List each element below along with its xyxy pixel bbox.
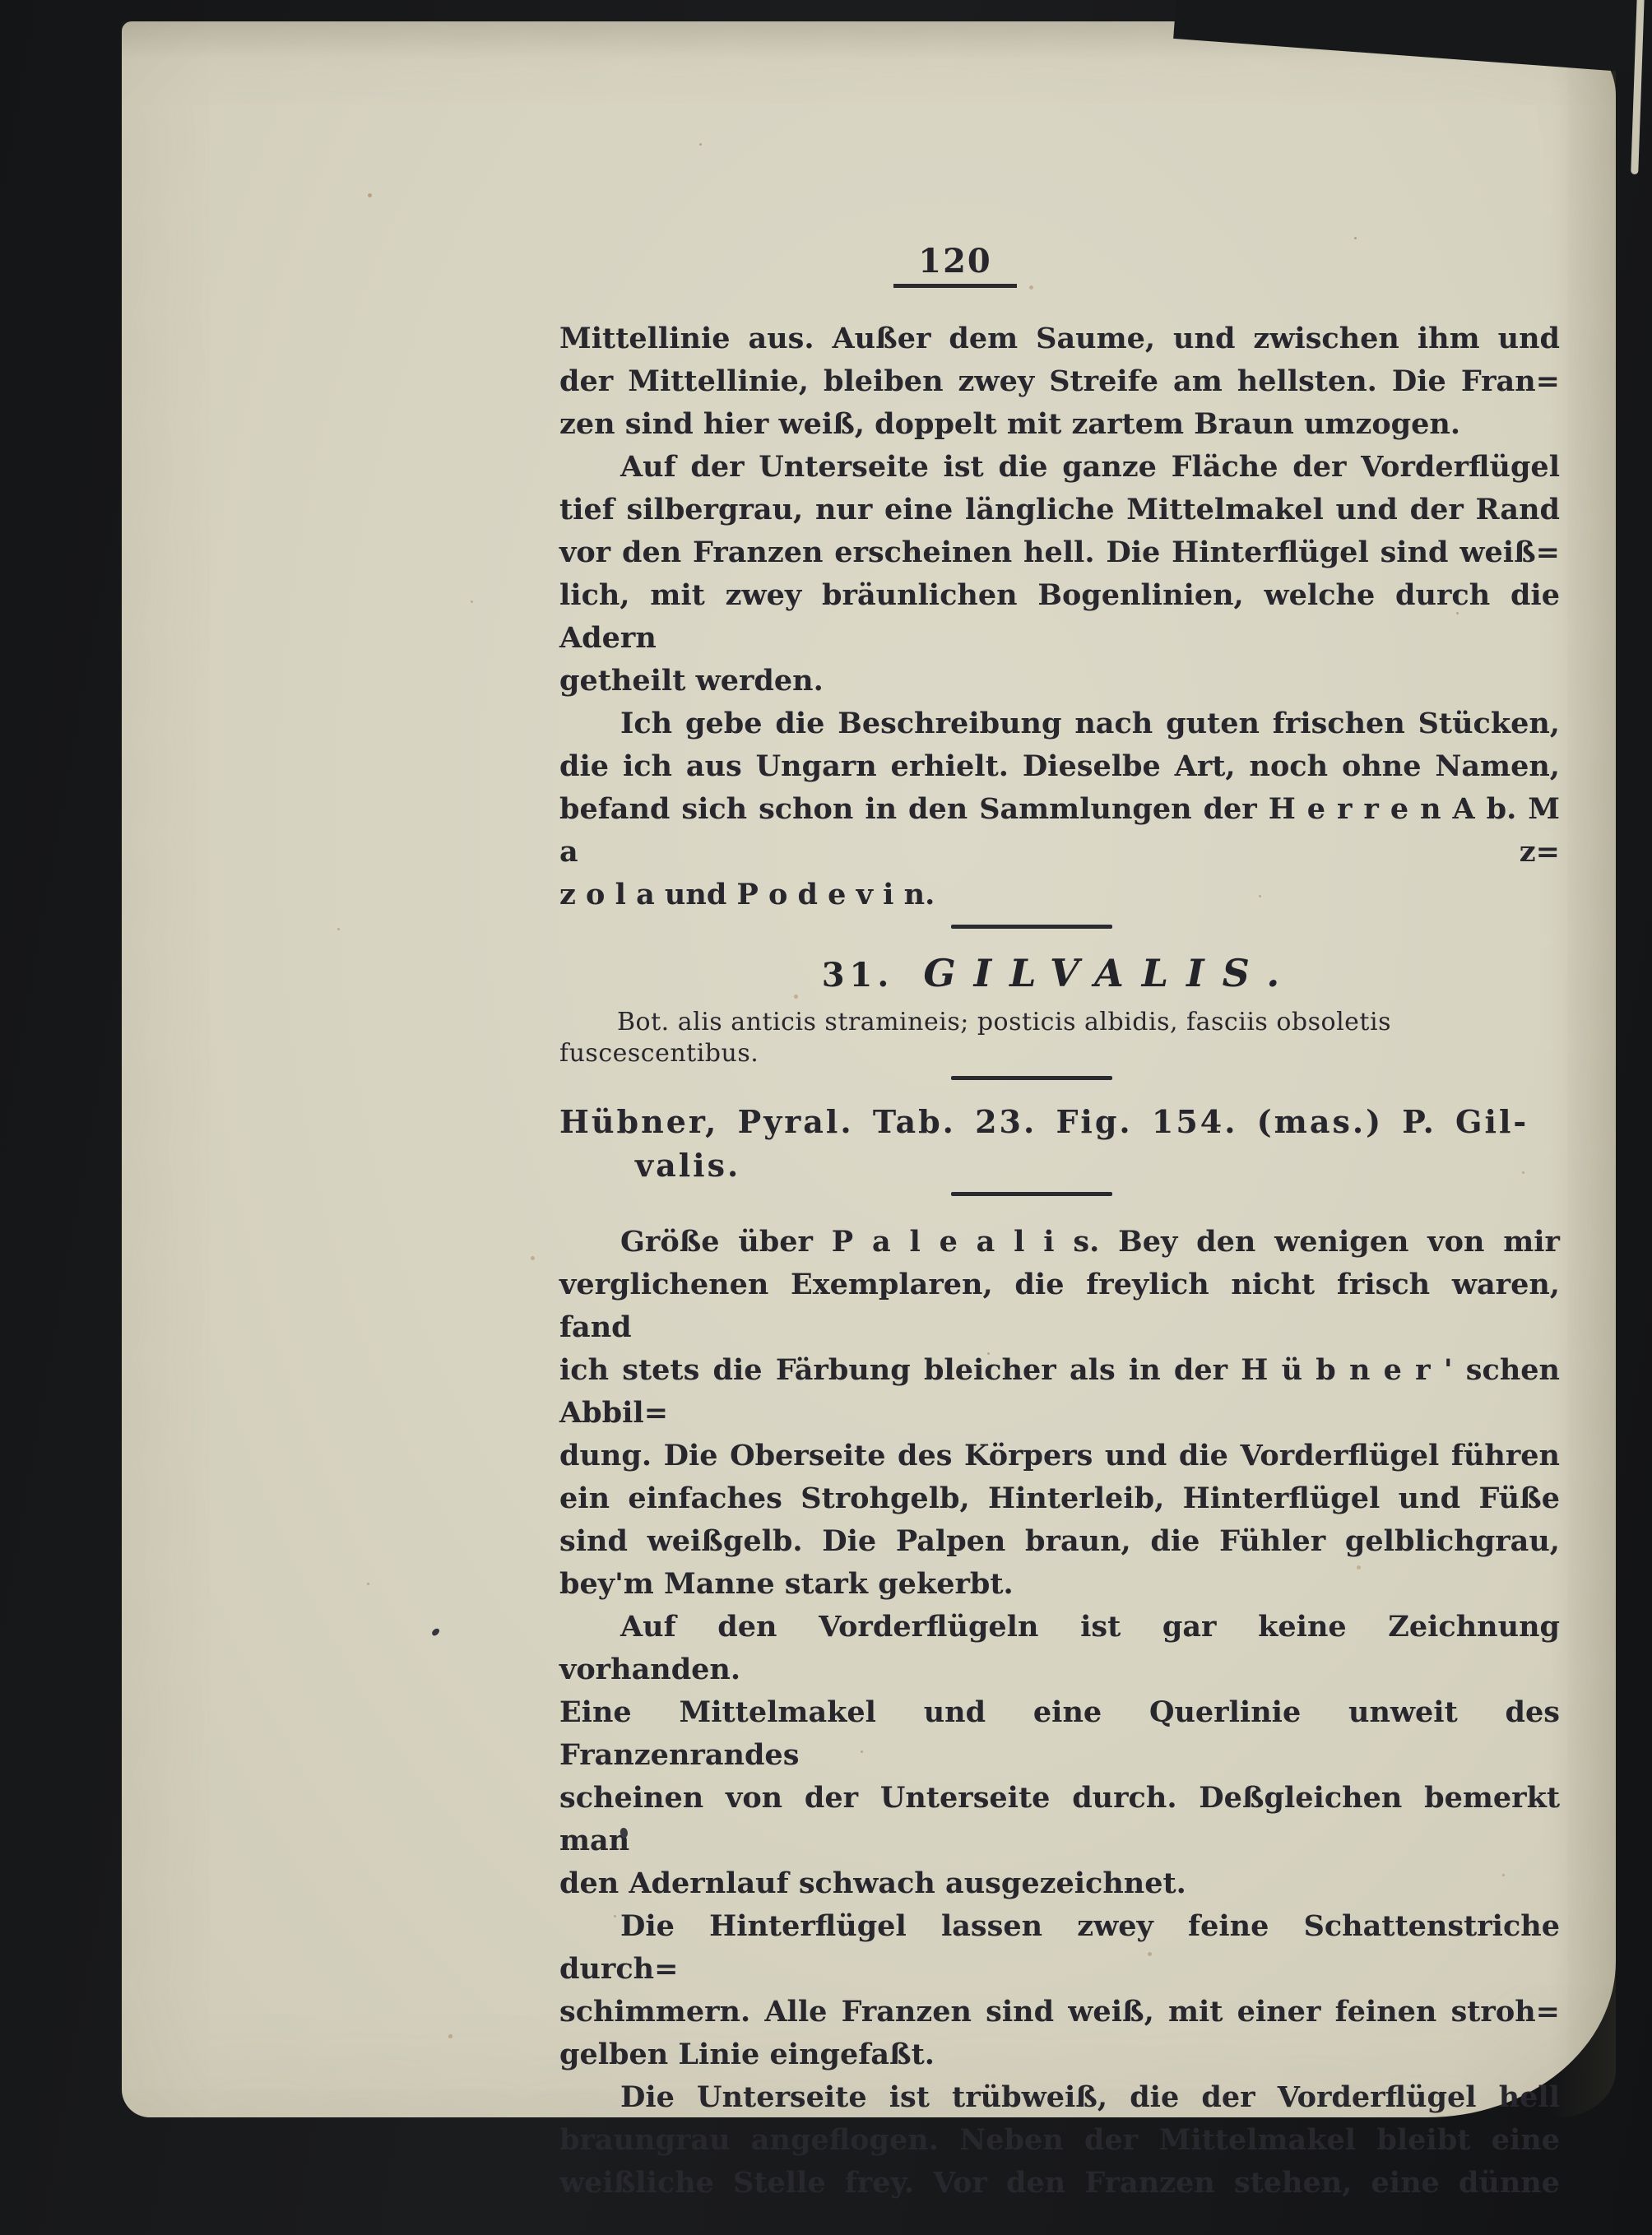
text-line: getheilt werden. <box>559 660 1560 702</box>
text-line: braungrau angeflogen. Neben der Mittelma… <box>559 2119 1560 2162</box>
text-line: Hübner, Pyral. Tab. 23. Fig. 154. (mas.)… <box>559 1100 1560 1143</box>
paper-specks <box>122 21 124 24</box>
text-line: der Mittellinie, bleiben zwey Streife am… <box>559 360 1560 403</box>
paragraph: Auf den Vorderflügeln ist gar keine Zeic… <box>559 1606 1560 1905</box>
text-line: ich stets die Färbung bleicher als in de… <box>559 1349 1560 1435</box>
section-number: 31. <box>822 956 894 995</box>
paragraph: Die Hinterflügel lassen zwey feine Schat… <box>559 1905 1560 2076</box>
text-line: bey'm Manne stark gekerbt. <box>559 1563 1560 1606</box>
page-number-text: 120 <box>918 242 992 281</box>
text-line: verglichenen Exemplaren, die freylich ni… <box>559 1264 1560 1349</box>
text-line: fuscescentibus. <box>559 1038 1560 1069</box>
section-title: GILVALIS. <box>923 951 1297 995</box>
text-line: den Adernlauf schwach ausgezeichnet. <box>559 1862 1560 1905</box>
text-line: Bot. alis anticis stramineis; posticis a… <box>559 1007 1560 1038</box>
ink-speck <box>431 1627 441 1637</box>
text-line: Eine Mittelmakel und eine Querlinie unwe… <box>559 1691 1560 1777</box>
separator-rule <box>951 1076 1112 1080</box>
paragraph: Auf der Unterseite ist die ganze Fläche … <box>559 446 1560 702</box>
paragraph: Größe über P a l e a l i s. Bey den weni… <box>559 1221 1560 1606</box>
text-line: dung. Die Oberseite des Körpers und die … <box>559 1435 1560 1477</box>
scanned-book-page: 120 Mittellinie aus. Außer dem Saume, un… <box>0 0 1652 2235</box>
text-line: befand sich schon in den Sammlungen der … <box>559 788 1560 874</box>
citation: Hübner, Pyral. Tab. 23. Fig. 154. (mas.)… <box>559 1100 1560 1187</box>
text-line: sind weißgelb. Die Palpen braun, die Füh… <box>559 1520 1560 1563</box>
text-line: Die Hinterflügel lassen zwey feine Schat… <box>559 1905 1560 1991</box>
text-line: lich, mit zwey bräunlichen Bogenlinien, … <box>559 574 1560 660</box>
text-line: gelben Linie eingefaßt. <box>559 2033 1560 2076</box>
text-line: tief silbergrau, nur eine längliche Mitt… <box>559 489 1560 531</box>
text-line: scheinen von der Unterseite durch. Deßgl… <box>559 1777 1560 1862</box>
paragraph: Ich gebe die Beschreibung nach guten fri… <box>559 702 1560 916</box>
text-line: Mittellinie aus. Außer dem Saume, und zw… <box>559 318 1560 360</box>
text-line: die ich aus Ungarn erhielt. Dieselbe Art… <box>559 745 1560 788</box>
diagnosis: Bot. alis anticis stramineis; posticis a… <box>559 1007 1560 1069</box>
section-heading: 31.GILVALIS. <box>559 950 1560 1000</box>
text-line: weißliche Stelle frey. Vor den Franzen s… <box>559 2162 1560 2205</box>
separator-rule <box>951 1192 1112 1196</box>
text-line: Die Unterseite ist trübweiß, die der Vor… <box>559 2076 1560 2119</box>
page-number: 120 <box>893 242 1017 288</box>
text-line: ein einfaches Strohgelb, Hinterleib, Hin… <box>559 1477 1560 1520</box>
book-page: 120 Mittellinie aus. Außer dem Saume, un… <box>122 21 1616 2117</box>
text-line: vor den Franzen erscheinen hell. Die Hin… <box>559 531 1560 574</box>
text-line: Ich gebe die Beschreibung nach guten fri… <box>559 702 1560 745</box>
text-line: Auf der Unterseite ist die ganze Fläche … <box>559 446 1560 489</box>
text-line: schimmern. Alle Franzen sind weiß, mit e… <box>559 1991 1560 2033</box>
text-block: Mittellinie aus. Außer dem Saume, und zw… <box>559 318 1560 2205</box>
text-line: zen sind hier weiß, doppelt mit zartem B… <box>559 403 1560 446</box>
text-line: Auf den Vorderflügeln ist gar keine Zeic… <box>559 1606 1560 1691</box>
paragraph: Die Unterseite ist trübweiß, die der Vor… <box>559 2076 1560 2205</box>
separator-rule <box>951 925 1112 929</box>
text-line: valis. <box>559 1143 1560 1187</box>
paragraph: Mittellinie aus. Außer dem Saume, und zw… <box>559 318 1560 446</box>
text-line: Größe über P a l e a l i s. Bey den weni… <box>559 1221 1560 1264</box>
text-line: z o l a und P o d e v i n. <box>559 874 1560 916</box>
